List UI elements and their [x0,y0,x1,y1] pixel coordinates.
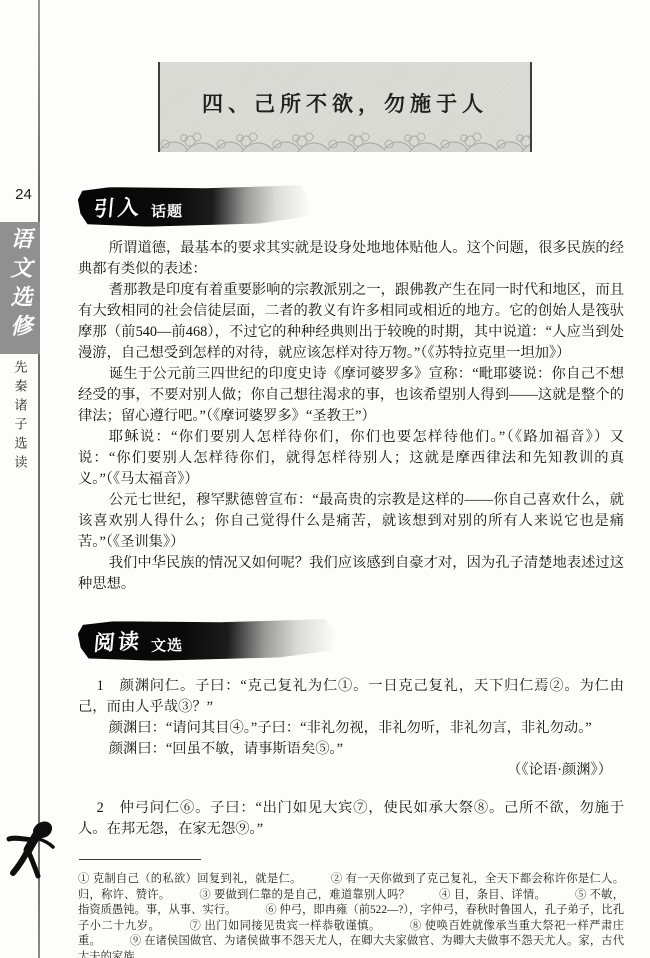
series-title: 语文选修 [0,222,40,354]
series-subtitle: 先秦诸子选读 [11,360,30,474]
passage-paragraph: 1 颜渊问仁。子曰：“克己复礼为仁①。一日克己复礼，天下归仁焉②。为仁由己，而由… [78,676,624,718]
footnote-item: ⑦ 出门如同接见贵宾一样恭敬谨慎。 [189,920,380,932]
intro-paragraph: 耶稣说：“你们要别人怎样待你们，你们也要怎样待他们。”（《路加福音》）又说：“你… [78,427,624,490]
intro-paragraph: 所谓道德，最基本的要求其实就是设身处地地体贴他人。这个问题，很多民族的经典都有类… [78,238,624,280]
intro-paragraph: 公元七世纪，穆罕默德曾宣布：“最高贵的宗教是这样的——你自己喜欢什么，就该喜欢别… [78,490,624,553]
sidebar-vertical-rule [38,0,40,958]
footnote-item: ① 克制自己（的私欲）回复到礼，就是仁。 [78,873,302,885]
footnote-separator [79,859,201,860]
reading-label-sub: 文选 [151,634,183,655]
passage-paragraph: 2 仲弓问仁⑥。子曰：“出门如见大宾⑦，使民如承大祭⑧。己所不欲，勿施于人。在邦… [78,798,624,840]
intro-section-header: 引入 话题 [78,184,311,227]
reading-section-header: 阅读 文选 [78,618,337,662]
footnote-item: ③ 要做到仁靠的是自己，难道靠别人吗？ [199,889,410,901]
page-number: 24 [10,186,37,203]
intro-label-main: 引入 [93,191,144,223]
content-column: 引入 话题 所谓道德，最基本的要求其实就是设身处地地体贴他人。这个问题，很多民族… [78,180,624,958]
footnote-item: ④ 目，条目、详情。 [439,889,546,901]
series-title-block: 语文选修 [0,222,40,354]
textbook-page: 24 语文选修 先秦诸子选读 四、己所不欲，勿施于人 [0,0,650,958]
series-subtitle-wrap: 先秦诸子选读 [0,360,40,474]
footnotes: ① 克制自己（的私欲）回复到礼，就是仁。 ② 有一天你做到了克己复礼，全天下都会… [78,872,624,958]
footnote-item: ⑨ 在诸侯国做官、为诸侯做事不怨天尤人，在卿大夫家做官、为卿大夫做事不怨天尤人。… [78,935,624,958]
intro-paragraph: 诞生于公元前三四世纪的印度史诗《摩诃婆罗多》宣称：“毗耶婆说：你自己不想经受的事… [78,364,624,427]
passage-paragraph: 颜渊曰：“回虽不敏，请事斯语矣⑤。” [78,739,624,760]
chapter-banner: 四、己所不欲，勿施于人 [158,62,532,152]
passage-paragraph: 颜渊曰：“请问其目④。”子曰：“非礼勿视，非礼勿听，非礼勿言，非礼勿动。” [78,718,624,739]
passage-attribution: （《论语·颜渊》） [78,760,624,781]
intro-paragraph: 我们中华民族的情况又如何呢？我们应该感到自豪才对，因为孔子清楚地表述过这种思想。 [78,553,624,595]
reading-label-main: 阅读 [93,625,144,657]
passage-1: 1 颜渊问仁。子曰：“克己复礼为仁①。一日克己复礼，天下归仁焉②。为仁由己，而由… [78,676,624,781]
ink-figure-icon [6,820,56,886]
intro-paragraph: 耆那教是印度有着重要影响的宗教派别之一，跟佛教产生在同一时代和地区，而且有大致相… [78,280,624,364]
passage-2: 2 仲弓问仁⑥。子曰：“出门如见大宾⑦，使民如承大祭⑧。己所不欲，勿施于人。在邦… [78,798,624,840]
intro-label-sub: 话题 [151,200,183,221]
wave-pattern-decoration [160,128,530,152]
chapter-title: 四、己所不欲，勿施于人 [160,88,530,118]
